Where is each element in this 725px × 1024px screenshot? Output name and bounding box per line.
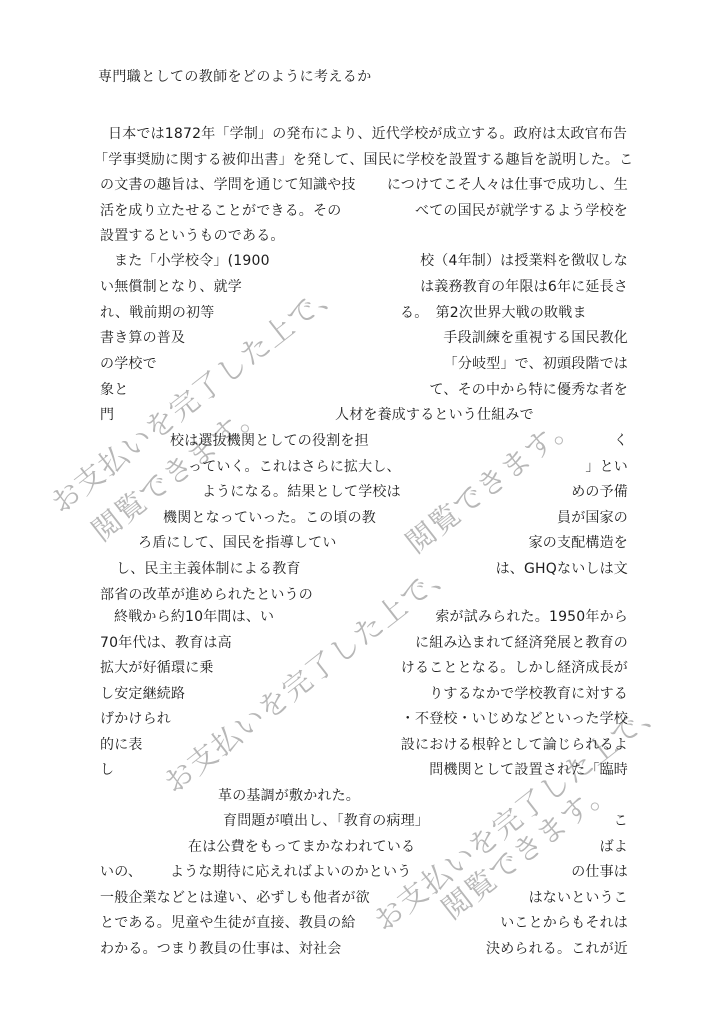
- document-text-line: 在は公費をもってまかなわれているばよ: [0, 836, 725, 858]
- text-segment: 手段訓練を重視する国民教化: [443, 327, 628, 349]
- text-segment: また「小学校令」(1900: [114, 250, 270, 272]
- document-page: 専門職としての教師をどのように考えるか お支払いを完了した上で、閲覧できます。お…: [0, 0, 725, 1024]
- text-segment: 在は公費をもってまかなわれている: [188, 836, 415, 858]
- document-text-line: いの、ような期待に応えればよいのかというの仕事は: [0, 861, 725, 883]
- text-segment: 索が試みられた。1950年から: [435, 606, 628, 628]
- text-segment: けることとなる。しかし経済成長が: [401, 657, 628, 679]
- text-segment: の仕事は: [571, 861, 628, 883]
- document-title: 専門職としての教師をどのように考えるか: [98, 66, 372, 86]
- text-segment: ようになる。結果として学校は: [202, 481, 401, 503]
- text-segment: 設置するというものである。: [100, 225, 285, 247]
- text-segment: れ、戦前期の初等: [100, 302, 214, 324]
- document-text-line: ろ盾にして、国民を指導してい家の支配構造を: [0, 532, 725, 554]
- document-text-line: 育問題が噴出し、「教育の病理」こ: [0, 810, 725, 832]
- text-segment: につけてこそ人々は仕事で成功し、生: [387, 174, 628, 196]
- document-text-line: 校は選抜機関としての役割を担く: [0, 430, 725, 452]
- text-segment: 決められる。これが近: [486, 938, 628, 960]
- document-text-line: し問機関として設置された「臨時: [0, 759, 725, 781]
- document-text-line: 70年代は、教育は高に組み込まれて経済発展と教育の: [0, 632, 725, 654]
- text-segment: し安定継続路: [100, 683, 185, 705]
- document-text-line: の学校で「分岐型」で、初頭段階では: [0, 353, 725, 375]
- text-segment: は、GHQないしは文: [496, 558, 628, 580]
- text-segment: 機関となっていった。この頃の教: [163, 507, 376, 529]
- document-text-line: の文書の趣旨は、学問を通じて知識や技につけてこそ人々は仕事で成功し、生: [0, 174, 725, 196]
- text-segment: 書き算の普及: [100, 327, 185, 349]
- document-text-line: 日本では1872年「学制」の発布により、近代学校が成立する。政府は太政官布告: [0, 123, 725, 145]
- document-text-line: 的に表設における根幹として論じられるよ: [0, 734, 725, 756]
- document-text-line: し、民主主義体制による教育は、GHQないしは文: [0, 558, 725, 580]
- text-segment: いの、: [100, 861, 142, 883]
- text-segment: 革の基調が敷かれた。: [218, 785, 360, 807]
- text-segment: はないというこ: [529, 887, 628, 909]
- document-text-line: 一般企業などとは違い、必ずしも他者が欲はないというこ: [0, 887, 725, 909]
- text-segment: こ: [614, 810, 628, 832]
- document-text-line: れ、戦前期の初等る。 第2次世界大戦の敗戦ま: [0, 302, 725, 324]
- text-segment: 一般企業などとは違い、必ずしも他者が欲: [100, 887, 370, 909]
- document-text-line: 機関となっていった。この頃の教員が国家の: [0, 507, 725, 529]
- document-text-line: 象とて、その中から特に優秀な者を: [0, 379, 725, 401]
- text-segment: ような期待に応えればよいのかという: [170, 861, 411, 883]
- document-text-line: 部省の改革が進められたというの: [0, 584, 725, 606]
- document-text-line: 活を成り立たせることができる。そのべての国民が就学するよう学校を: [0, 200, 725, 222]
- text-segment: る。 第2次世界大戦の敗戦ま: [400, 302, 587, 324]
- text-segment: 家の支配構造を: [529, 532, 628, 554]
- text-segment: し、民主主義体制による教育: [116, 558, 301, 580]
- text-segment: く: [614, 430, 628, 452]
- text-segment: めの予備: [571, 481, 628, 503]
- document-text-line: わかる。つまり教員の仕事は、対社会決められる。これが近: [0, 938, 725, 960]
- text-segment: 的に表: [100, 734, 143, 756]
- text-segment: いことからもそれは: [500, 912, 628, 934]
- text-segment: 人材を養成するという仕組みで: [335, 404, 534, 426]
- text-segment: 員が国家の: [557, 507, 628, 529]
- document-text-line: 拡大が好循環に乗けることとなる。しかし経済成長が: [0, 657, 725, 679]
- document-text-line: 「学事奨励に関する被仰出書」を発して、国民に学校を設置する趣旨を説明した。こ: [0, 149, 725, 171]
- text-segment: っていく。これはさらに拡大し、: [188, 456, 401, 478]
- document-text-line: げかけられ・不登校・いじめなどといった学校: [0, 708, 725, 730]
- text-segment: ろ盾にして、国民を指導してい: [138, 532, 337, 554]
- text-segment: て、その中から特に優秀な者を: [429, 379, 628, 401]
- text-segment: 終戦から約10年間は、い: [114, 606, 274, 628]
- text-segment: 門: [100, 404, 114, 426]
- document-text-line: し安定継続路りするなかで学校教育に対する: [0, 683, 725, 705]
- text-segment: い無償制となり、就学: [100, 276, 242, 298]
- text-segment: げかけられ: [100, 708, 171, 730]
- document-text-line: い無償制となり、就学は義務教育の年限は6年に延長さ: [0, 276, 725, 298]
- document-text-line: 革の基調が敷かれた。: [0, 785, 725, 807]
- text-segment: し: [100, 759, 114, 781]
- text-segment: 象と: [100, 379, 128, 401]
- document-text-line: ようになる。結果として学校はめの予備: [0, 481, 725, 503]
- text-segment: 育問題が噴出し、「教育の病理」: [223, 810, 429, 832]
- text-segment: 活を成り立たせることができる。その: [100, 200, 341, 222]
- text-segment: に組み込まれて経済発展と教育の: [415, 632, 628, 654]
- text-segment: とである。児童や生徒が直接、教員の給: [100, 912, 356, 934]
- document-text-line: っていく。これはさらに拡大し、」とい: [0, 456, 725, 478]
- text-segment: ばよ: [600, 836, 628, 858]
- document-text-line: 門人材を養成するという仕組みで: [0, 404, 725, 426]
- text-segment: 校は選抜機関としての役割を担: [170, 430, 369, 452]
- text-segment: 設における根幹として論じられるよ: [401, 734, 628, 756]
- text-segment: 「学事奨励に関する被仰出書」を発して、国民に学校を設置する趣旨を説明した。こ: [94, 149, 633, 171]
- text-segment: は義務教育の年限は6年に延長さ: [420, 276, 628, 298]
- text-segment: 校（4年制）は授業料を徴収しな: [420, 250, 628, 272]
- document-text-line: 設置するというものである。: [0, 225, 725, 247]
- text-segment: 70年代は、教育は高: [100, 632, 232, 654]
- document-text-line: 終戦から約10年間は、い索が試みられた。1950年から: [0, 606, 725, 628]
- text-segment: の学校で: [100, 353, 157, 375]
- text-segment: ・不登校・いじめなどといった学校: [401, 708, 628, 730]
- document-text-line: 書き算の普及手段訓練を重視する国民教化: [0, 327, 725, 349]
- text-segment: 日本では1872年「学制」の発布により、近代学校が成立する。政府は太政官布告: [108, 123, 627, 145]
- text-segment: 部省の改革が進められたというの: [100, 584, 313, 606]
- text-segment: りするなかで学校教育に対する: [429, 683, 628, 705]
- text-segment: 」とい: [585, 456, 628, 478]
- text-segment: わかる。つまり教員の仕事は、対社会: [100, 938, 341, 960]
- document-text-line: とである。児童や生徒が直接、教員の給いことからもそれは: [0, 912, 725, 934]
- text-segment: 「分岐型」で、初頭段階では: [444, 353, 628, 375]
- text-segment: 拡大が好循環に乗: [100, 657, 214, 679]
- text-segment: の文書の趣旨は、学問を通じて知識や技: [100, 174, 356, 196]
- document-text-line: また「小学校令」(1900校（4年制）は授業料を徴収しな: [0, 250, 725, 272]
- text-segment: 問機関として設置された「臨時: [429, 759, 628, 781]
- text-segment: べての国民が就学するよう学校を: [415, 200, 628, 222]
